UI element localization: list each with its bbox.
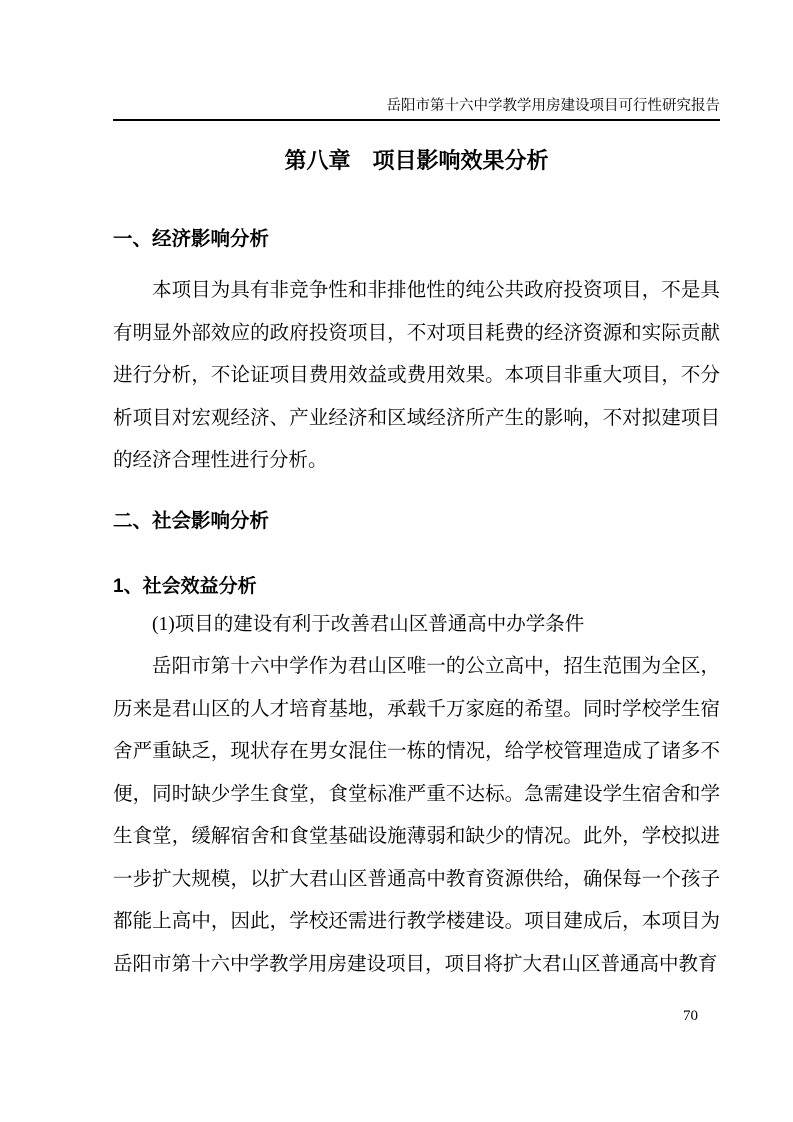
point-1-title: (1)项目的建设有利于改善君山区普通高中办学条件 — [113, 604, 720, 647]
document-page: 岳阳市第十六中学教学用房建设项目可行性研究报告 第八章 项目影响效果分析 一、经… — [0, 0, 793, 1122]
subsection-heading-social-benefit: 1、社会效益分析 — [113, 573, 720, 600]
section-heading-economic: 一、经济影响分析 — [113, 226, 720, 253]
section-heading-social: 二、社会影响分析 — [113, 508, 720, 535]
chapter-title: 第八章 项目影响效果分析 — [113, 146, 720, 176]
page-number: 70 — [683, 1007, 698, 1025]
header-text: 岳阳市第十六中学教学用房建设项目可行性研究报告 — [387, 98, 721, 114]
point-1-paragraph: 岳阳市第十六中学作为君山区唯一的公立高中，招生范围为全区，历来是君山区的人才培育… — [113, 646, 720, 986]
social-benefit-content: (1)项目的建设有利于改善君山区普通高中办学条件 岳阳市第十六中学作为君山区唯一… — [113, 604, 720, 987]
page-header: 岳阳市第十六中学教学用房建设项目可行性研究报告 — [113, 97, 720, 121]
economic-paragraph: 本项目为具有非竞争性和非排他性的纯公共政府投资项目，不是具有明显外部效应的政府投… — [113, 270, 720, 483]
